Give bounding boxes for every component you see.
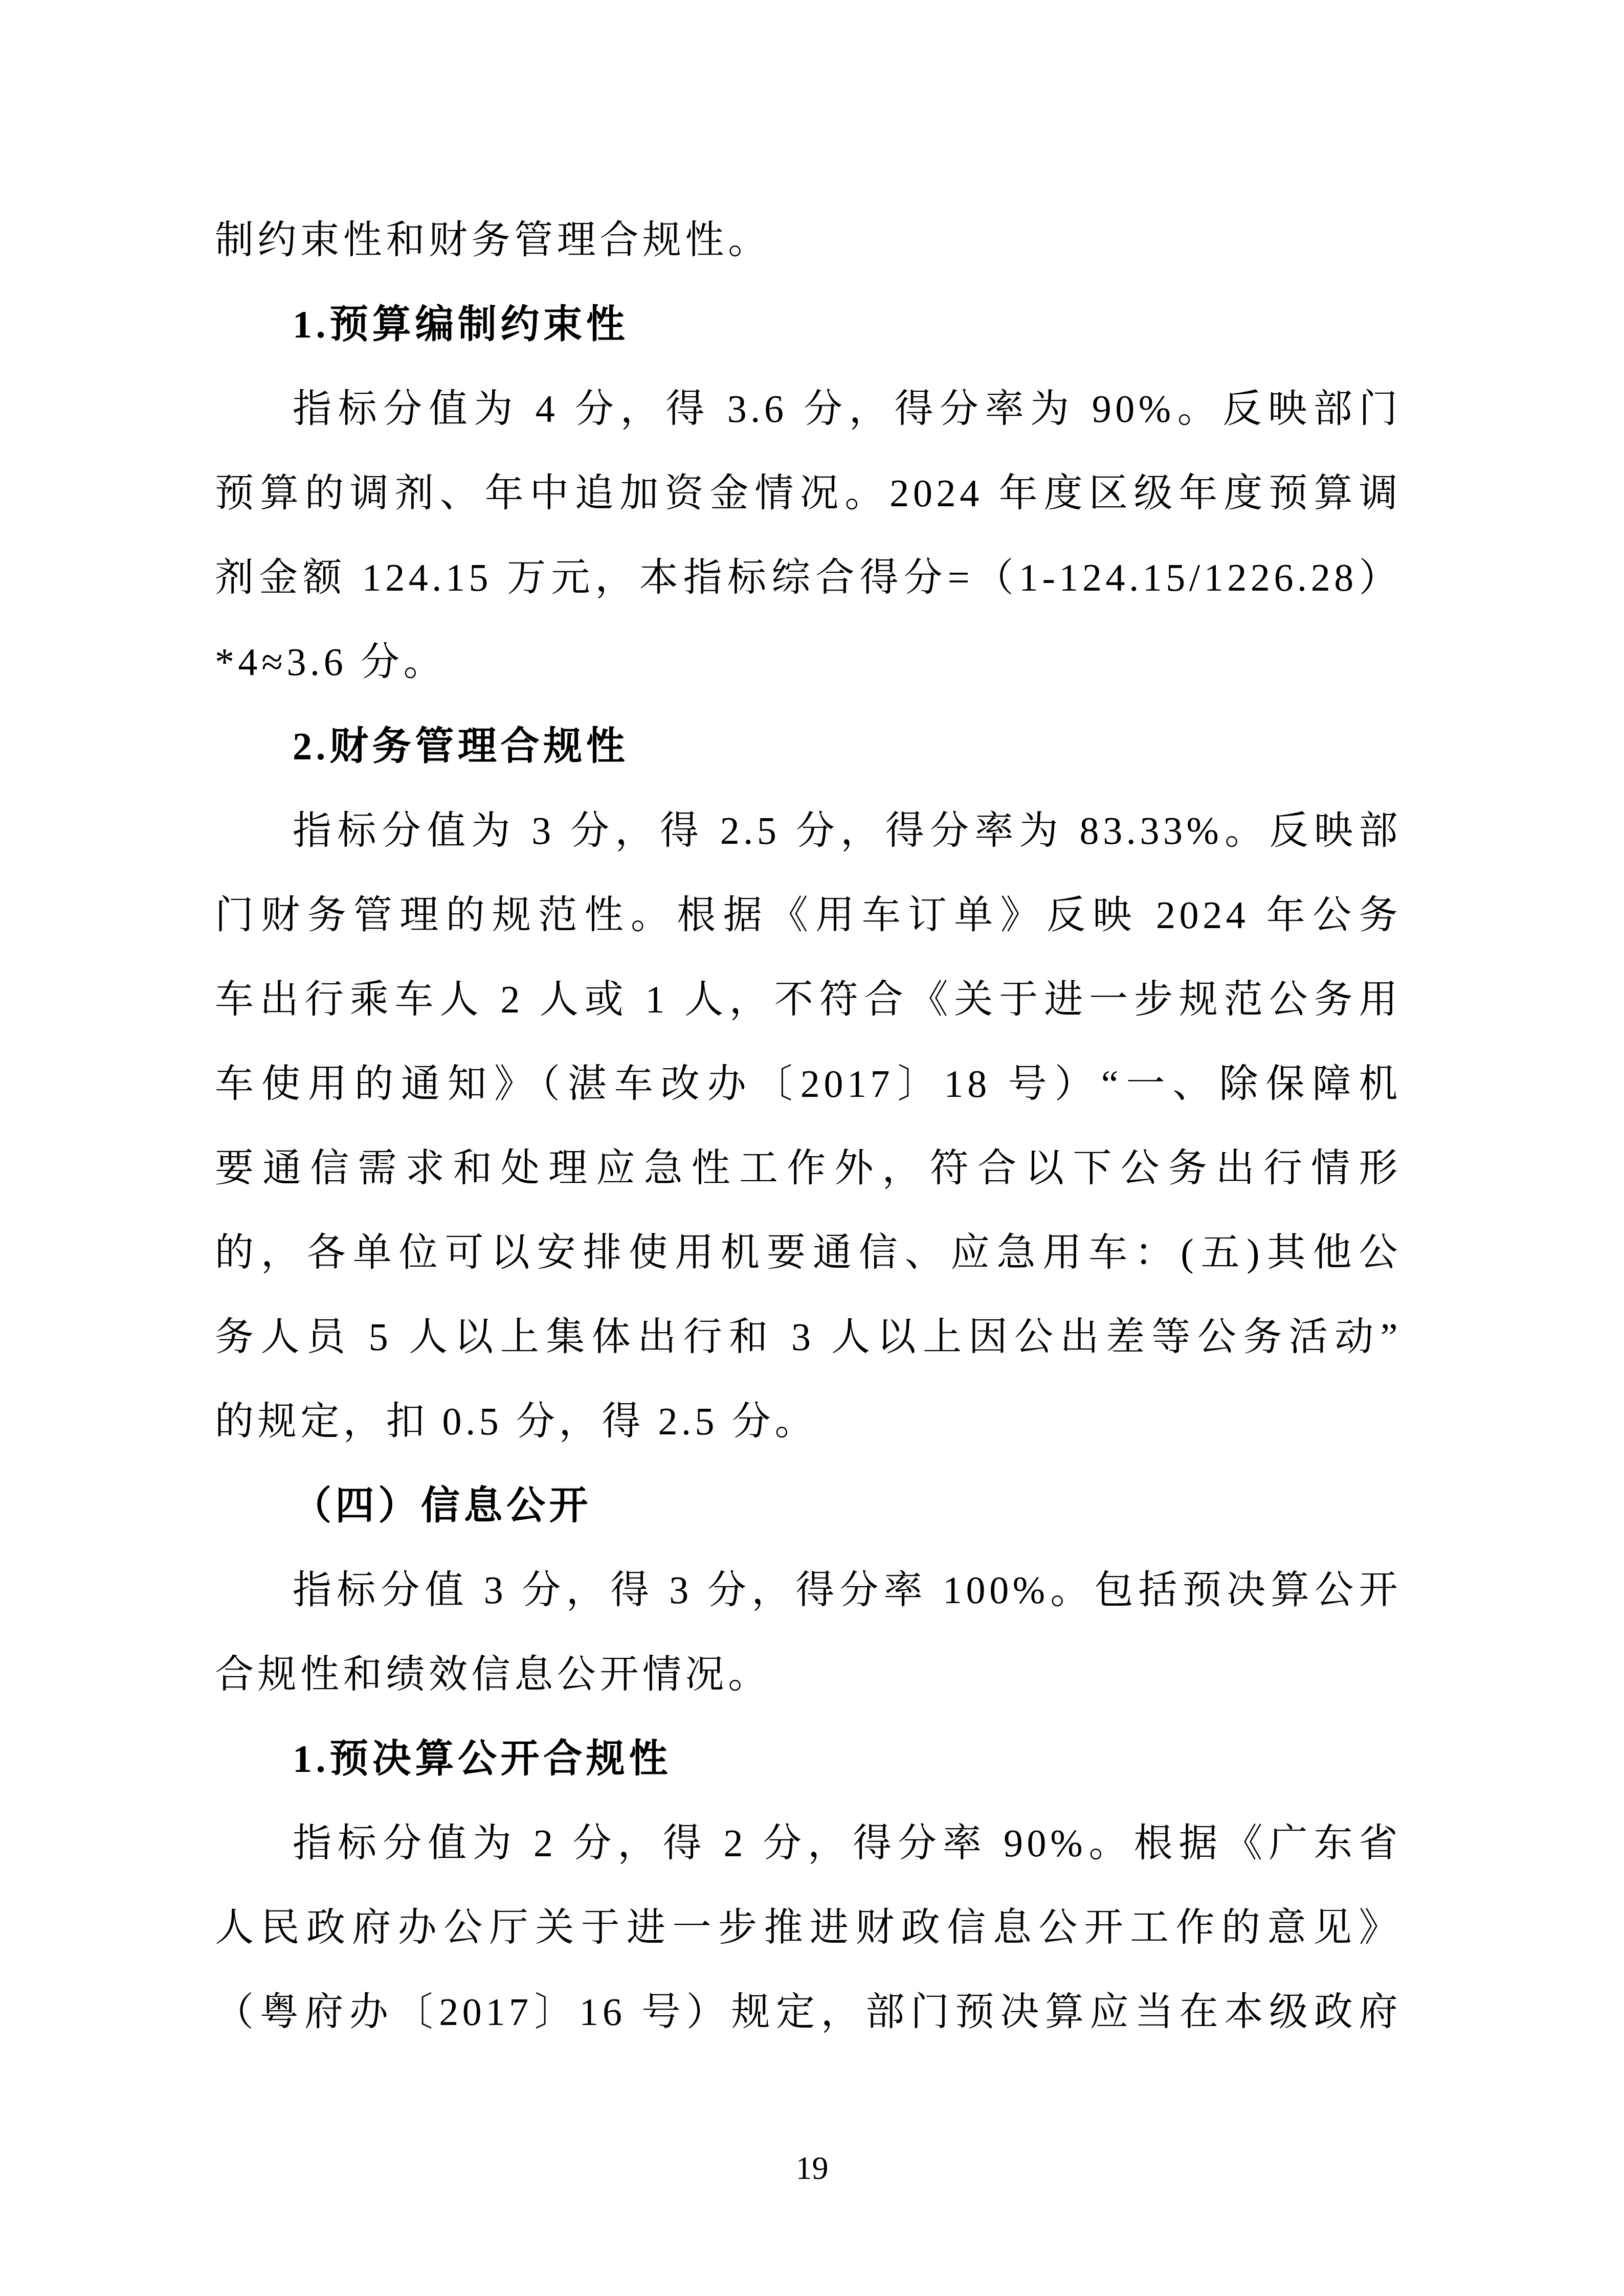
text-line: 车使用的通知》（湛车改办〔2017〕18 号）“一、除保障机 [215, 1042, 1401, 1127]
page-number: 19 [0, 2145, 1624, 2191]
text-line: 务人员 5 人以上集体出行和 3 人以上因公出差等公务活动” [215, 1295, 1401, 1380]
text-line: 合规性和绩效信息公开情况。 [215, 1633, 1401, 1717]
text-line: *4≈3.6 分。 [215, 620, 1401, 705]
text-line: 指标分值为 3 分，得 2.5 分，得分率为 83.33%。反映部 [215, 789, 1401, 873]
text-line: 制约束性和财务管理合规性。 [215, 198, 1401, 283]
text-line: 人民政府办公厅关于进一步推进财政信息公开工作的意见》 [215, 1886, 1401, 1970]
section-heading: 1.预决算公开合规性 [215, 1717, 1401, 1802]
text-line: 门财务管理的规范性。根据《用车订单》反映 2024 年公务 [215, 873, 1401, 958]
section-heading: 1.预算编制约束性 [215, 283, 1401, 367]
text-line: 指标分值为 2 分，得 2 分，得分率 90%。根据《广东省 [215, 1802, 1401, 1886]
text-line: 指标分值 3 分，得 3 分，得分率 100%。包括预决算公开 [215, 1548, 1401, 1633]
document-body: 制约束性和财务管理合规性。 1.预算编制约束性 指标分值为 4 分，得 3.6 … [215, 198, 1401, 2055]
text-line: 剂金额 124.15 万元，本指标综合得分=（1-124.15/1226.28） [215, 536, 1401, 620]
text-line: 预算的调剂、年中追加资金情况。2024 年度区级年度预算调 [215, 452, 1401, 536]
text-line: 的规定，扣 0.5 分，得 2.5 分。 [215, 1380, 1401, 1464]
document-page: 制约束性和财务管理合规性。 1.预算编制约束性 指标分值为 4 分，得 3.6 … [0, 0, 1624, 2296]
text-line: （粤府办〔2017〕16 号）规定，部门预决算应当在本级政府 [215, 1970, 1401, 2055]
text-line: 车出行乘车人 2 人或 1 人，不符合《关于进一步规范公务用 [215, 958, 1401, 1042]
section-heading: 2.财务管理合规性 [215, 705, 1401, 789]
text-line: 指标分值为 4 分，得 3.6 分，得分率为 90%。反映部门 [215, 367, 1401, 452]
section-heading: （四）信息公开 [215, 1464, 1401, 1548]
text-line: 的，各单位可以安排使用机要通信、应急用车：(五)其他公 [215, 1211, 1401, 1295]
text-line: 要通信需求和处理应急性工作外，符合以下公务出行情形 [215, 1127, 1401, 1211]
